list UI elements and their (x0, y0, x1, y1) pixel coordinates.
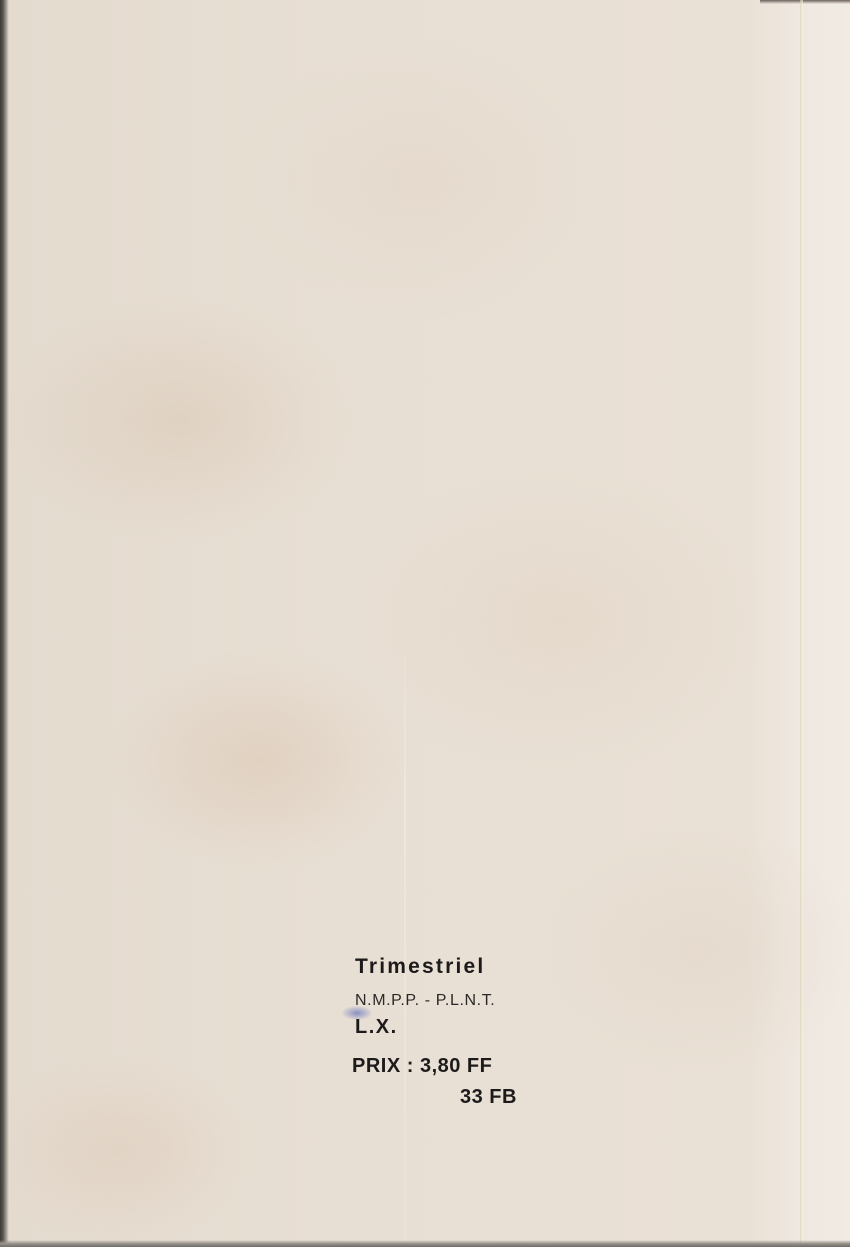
spine-edge (0, 0, 9, 1247)
price-france: PRIX : 3,80 FF (352, 1055, 492, 1078)
bottom-edge (0, 1240, 850, 1247)
publication-code: L.X. (355, 1016, 398, 1039)
fold-line (800, 0, 803, 1247)
frequency-label: Trimestriel (355, 955, 485, 979)
back-cover: Trimestriel N.M.P.P. - P.L.N.T. L.X. PRI… (0, 0, 850, 1247)
paper-crease (404, 620, 406, 1247)
price-belgium: 33 FB (460, 1086, 517, 1109)
top-edge-wear (760, 0, 850, 4)
distribution-label: N.M.P.P. - P.L.N.T. (355, 992, 495, 1010)
